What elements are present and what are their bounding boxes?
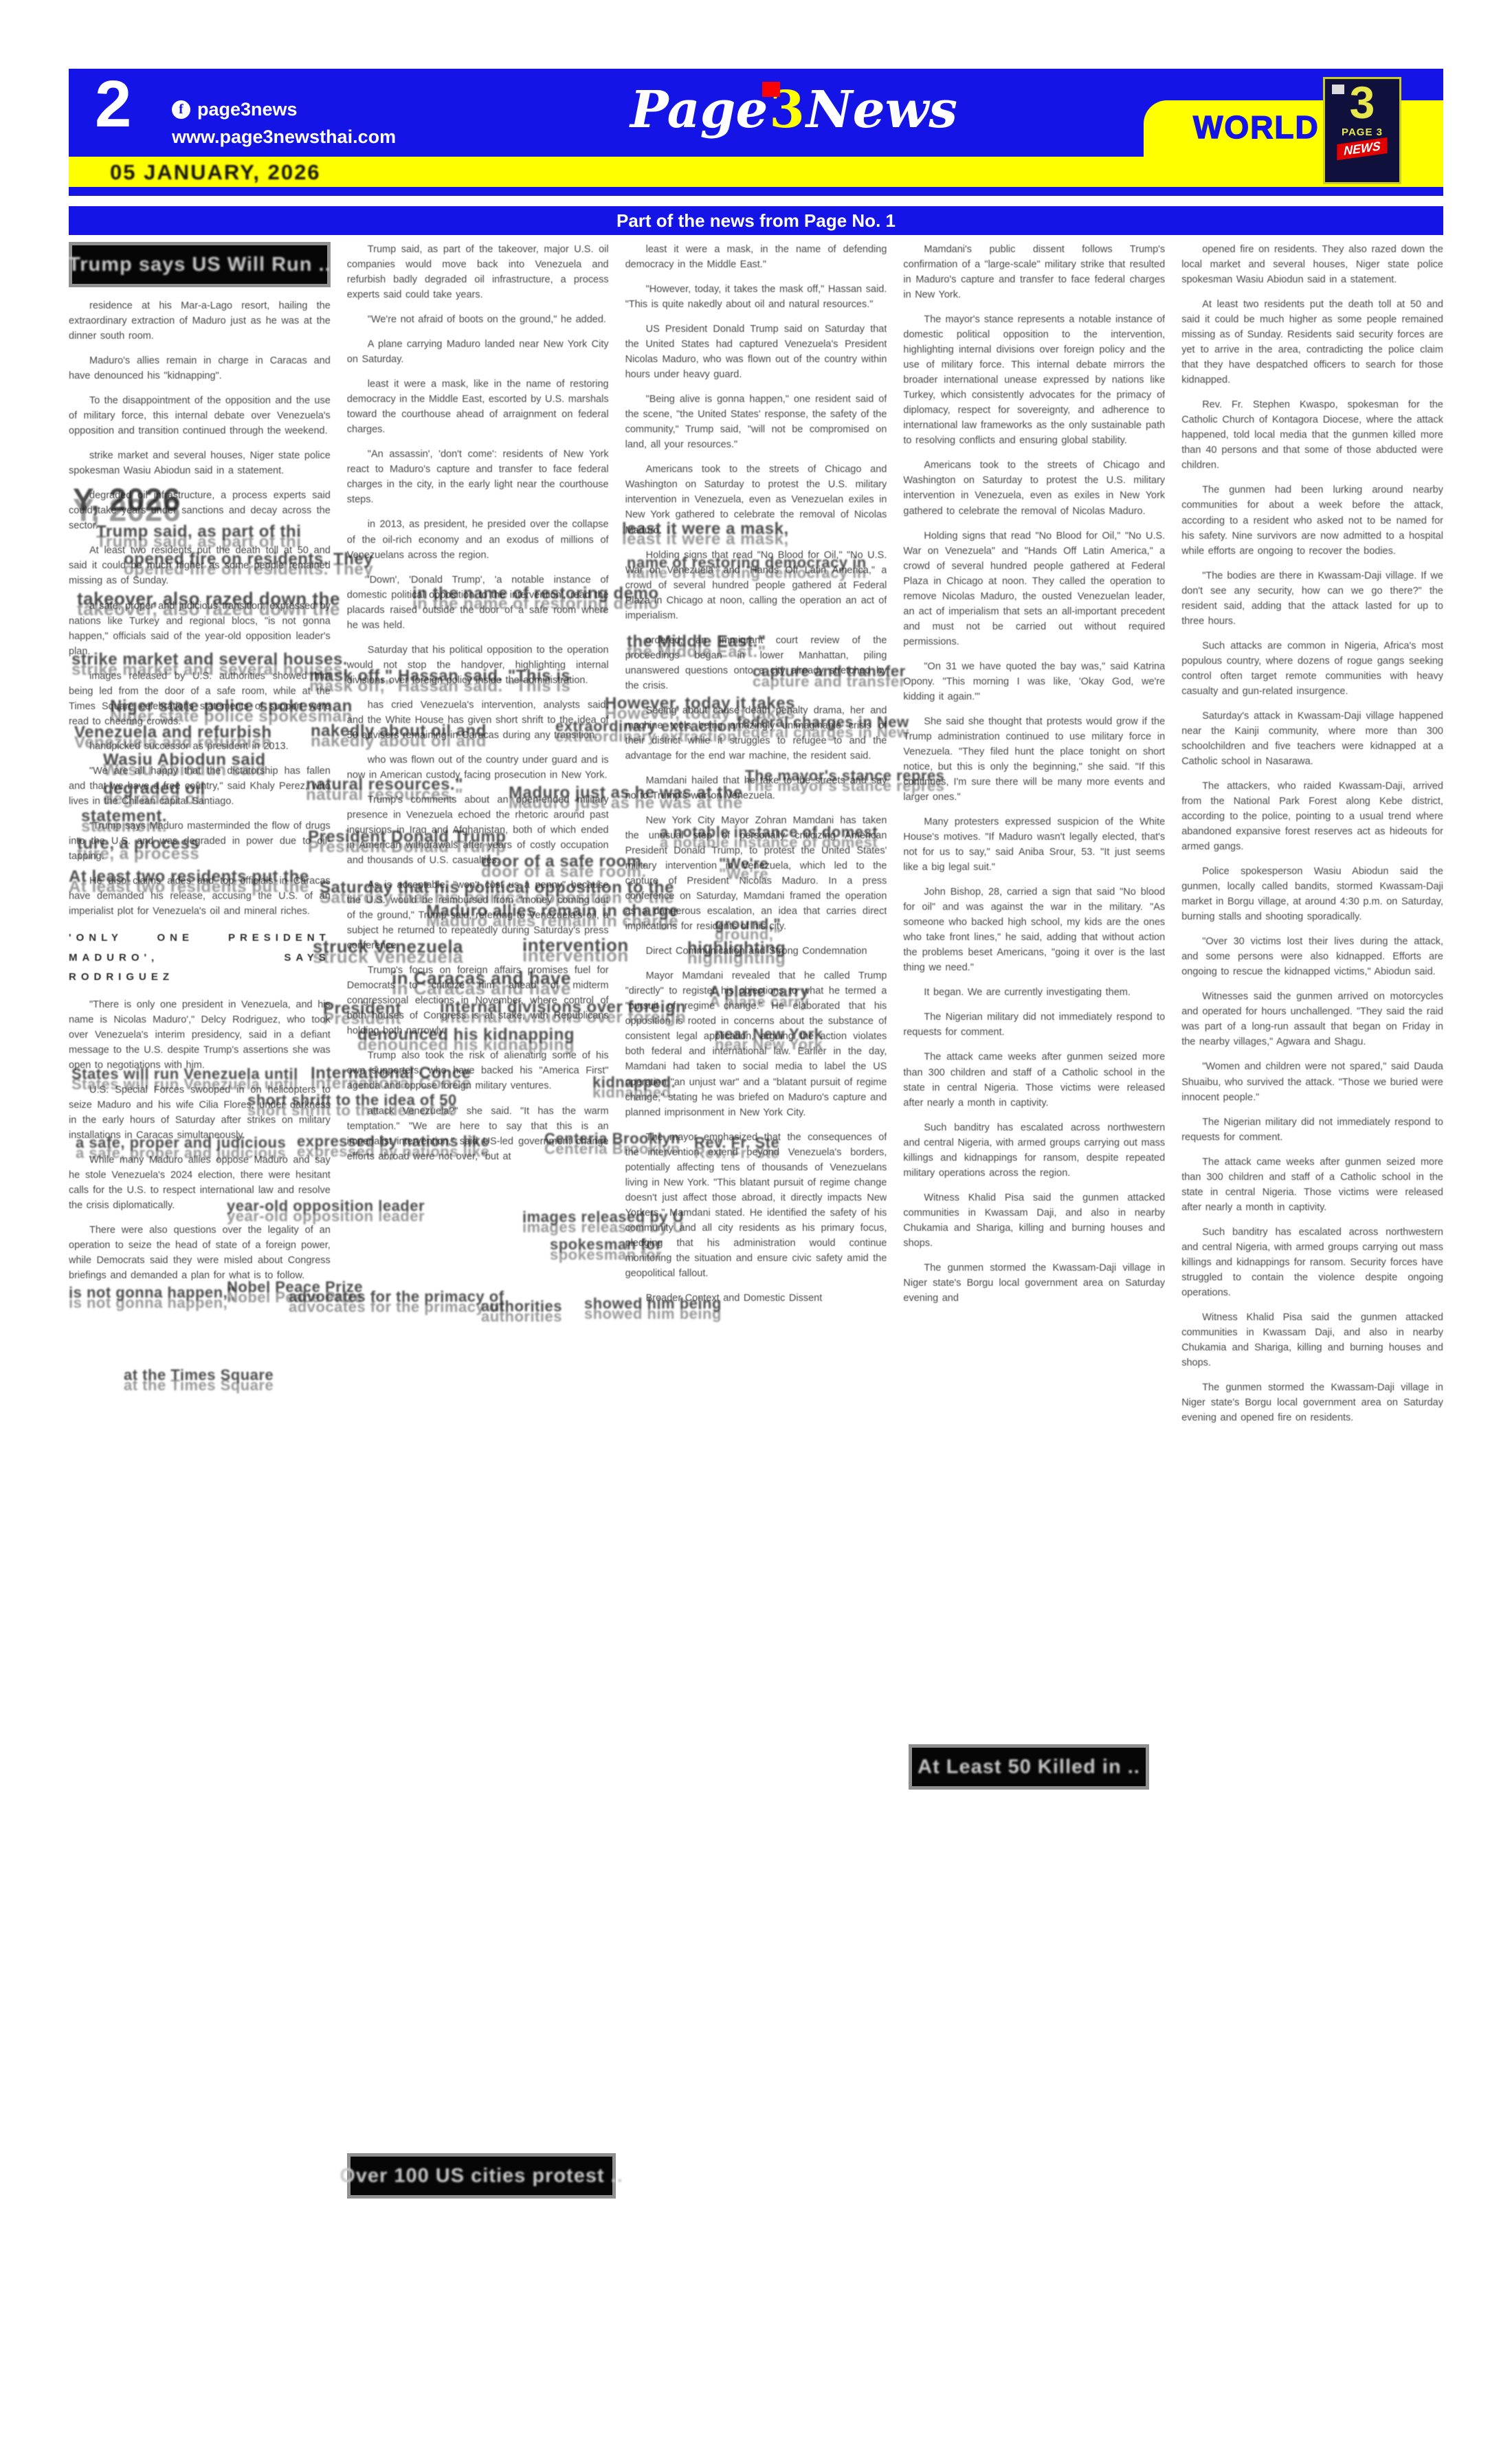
article-paragraph: Many protesters expressed suspicion of t… bbox=[903, 814, 1165, 875]
headline-box: Over 100 US cities protest .. bbox=[347, 2153, 616, 2199]
article-paragraph: Rev. Fr. Stephen Kwaspo, spokesman for t… bbox=[1181, 397, 1443, 473]
news-column-col4: Mamdani's public dissent follows Trump's… bbox=[903, 242, 1165, 2357]
article-columns: Trump says US Will Run ..residence at hi… bbox=[69, 242, 1443, 2357]
badge-page3-label: PAGE 3 bbox=[1342, 126, 1383, 138]
headline-box: At Least 50 Killed in .. bbox=[909, 1744, 1149, 1790]
badge-number: 3 bbox=[1350, 79, 1375, 126]
world-section-label: WORLD bbox=[1193, 109, 1320, 146]
article-paragraph: residence at his Mar-a-Lago resort, hail… bbox=[69, 298, 331, 344]
article-paragraph: "An assassin', 'don't come': residents o… bbox=[347, 447, 609, 507]
article-paragraph: US President Donald Trump said on Saturd… bbox=[625, 322, 887, 382]
logo-part-page: Page bbox=[630, 80, 768, 140]
article-paragraph: There were also questions over the legal… bbox=[69, 1223, 331, 1283]
article-paragraph: opened fire on residents. They also raze… bbox=[1181, 242, 1443, 287]
article-paragraph: Mamdani hailed that he take to the stree… bbox=[625, 773, 887, 803]
article-paragraph: "We are all happy that the dictatorship … bbox=[69, 764, 331, 809]
article-paragraph: has cried Venezuela's intervention, anal… bbox=[347, 698, 609, 743]
article-paragraph: Americans took to the streets of Chicago… bbox=[903, 458, 1165, 518]
article-paragraph: Direct Communication and Strong Condemna… bbox=[625, 944, 887, 959]
news-column-col3: least it were a mask, in the name of def… bbox=[625, 242, 887, 2357]
article-paragraph: 'Down', 'Donald Trump', 'a notable insta… bbox=[347, 572, 609, 633]
article-paragraph: Witnesses said the gunmen arrived on mot… bbox=[1181, 989, 1443, 1049]
headline-text: At Least 50 Killed in .. bbox=[918, 1756, 1140, 1779]
headline-text: Trump says US Will Run .. bbox=[69, 254, 331, 276]
article-paragraph: ordered, an immigrant court review of th… bbox=[625, 633, 887, 693]
article-paragraph: Police spokesperson Wasiu Abiodun said t… bbox=[1181, 864, 1443, 924]
article-paragraph: At least two residents put the death tol… bbox=[69, 543, 331, 588]
article-paragraph: attack Venezuela?" she said. "It has the… bbox=[347, 1104, 609, 1164]
article-paragraph: A plane carrying Maduro landed near New … bbox=[347, 337, 609, 367]
page-number: 2 bbox=[95, 71, 131, 137]
article-paragraph: Saturday that his political opposition t… bbox=[347, 643, 609, 688]
headline-box: Trump says US Will Run .. bbox=[69, 242, 331, 287]
news-column-col2: Trump said, as part of the takeover, maj… bbox=[347, 242, 609, 2357]
article-paragraph: The Nigerian military did not immediatel… bbox=[903, 1010, 1165, 1040]
article-paragraph: Mamdani's public dissent follows Trump's… bbox=[903, 242, 1165, 302]
article-paragraph: New York City Mayor Zohran Mamdani has t… bbox=[625, 813, 887, 934]
strapline-bar: Part of the news from Page No. 1 bbox=[69, 206, 1443, 235]
article-paragraph: Such attacks are common in Nigeria, Afri… bbox=[1181, 638, 1443, 699]
article-paragraph: John Bishop, 28, carried a sign that sai… bbox=[903, 884, 1165, 975]
article-paragraph: The mayor's stance represents a notable … bbox=[903, 312, 1165, 448]
badge-news-banner: NEWS bbox=[1337, 137, 1387, 161]
article-paragraph: The attack came weeks after gunmen seize… bbox=[1181, 1155, 1443, 1215]
masthead-bar: 2 f page3news www.page3newsthai.com Page… bbox=[69, 69, 1443, 157]
article-paragraph: Holding signs that read "No Blood for Oi… bbox=[625, 548, 887, 623]
article-paragraph: She said she thought that protests would… bbox=[903, 714, 1165, 805]
newspaper-page: 2 f page3news www.page3newsthai.com Page… bbox=[0, 0, 1512, 2448]
headline-text: Over 100 US cities protest .. bbox=[340, 2165, 623, 2188]
article-paragraph: "Trump says Maduro masterminded the flow… bbox=[69, 819, 331, 864]
article-paragraph: Maduro's allies remain in charge in Cara… bbox=[69, 353, 331, 383]
article-paragraph: The mayor emphasized that the consequenc… bbox=[625, 1130, 887, 1281]
article-paragraph: The gunmen stormed the Kwassam-Daji vill… bbox=[903, 1260, 1165, 1306]
article-paragraph: Seeing about cause death penalty drama, … bbox=[625, 703, 887, 764]
facebook-handle: page3news bbox=[197, 99, 298, 120]
article-paragraph: Trump's focus on foreign affairs promise… bbox=[347, 963, 609, 1038]
article-paragraph: Saturday's attack in Kwassam-Daji villag… bbox=[1181, 709, 1443, 769]
article-paragraph: in 2013, as president, he presided over … bbox=[347, 517, 609, 562]
article-paragraph: Trump's comments about an open-ended mil… bbox=[347, 792, 609, 868]
article-paragraph: The attack came weeks after gunmen seize… bbox=[903, 1049, 1165, 1110]
article-paragraph: degraded oil infrastructure, a process e… bbox=[69, 488, 331, 533]
article-paragraph: who was flown out of the country under g… bbox=[347, 753, 609, 783]
article-paragraph: U.S. Special Forces swooped in on helico… bbox=[69, 1082, 331, 1143]
article-paragraph: The gunmen had been lurking around nearb… bbox=[1181, 482, 1443, 558]
paper-logo: Page3News bbox=[598, 80, 990, 141]
article-paragraph: a safe, proper and judicious transition,… bbox=[69, 599, 331, 659]
article-paragraph: "However, today, it takes the mask off,"… bbox=[625, 282, 887, 312]
article-paragraph: It began. We are currently investigating… bbox=[903, 985, 1165, 1000]
article-paragraph: handpicked successor as president in 201… bbox=[69, 739, 331, 754]
logo-red-flag bbox=[762, 82, 780, 97]
article-paragraph: Mayor Mamdani revealed that he called Tr… bbox=[625, 968, 887, 1120]
strapline-text: Part of the news from Page No. 1 bbox=[616, 210, 896, 232]
article-paragraph: Witness Khalid Pisa said the gunmen atta… bbox=[1181, 1310, 1443, 1370]
website-url: www.page3newsthai.com bbox=[172, 126, 396, 148]
facebook-icon: f bbox=[172, 100, 190, 119]
article-paragraph: Holding signs that read "No Blood for Oi… bbox=[903, 528, 1165, 649]
article-paragraph: He also claims aides and top officials i… bbox=[69, 874, 331, 919]
article-paragraph: The gunmen stormed the Kwassam-Daji vill… bbox=[1181, 1380, 1443, 1425]
article-paragraph: While many Maduro allies oppose Maduro a… bbox=[69, 1153, 331, 1213]
article-paragraph: Such banditry has escalated across north… bbox=[903, 1120, 1165, 1181]
article-paragraph: "Being alive is gonna happen," one resid… bbox=[625, 392, 887, 452]
news-column-col1: Trump says US Will Run ..residence at hi… bbox=[69, 242, 331, 2357]
article-paragraph: The attackers, who raided Kwassam-Daji, … bbox=[1181, 779, 1443, 854]
article-paragraph: The Nigerian military did not immediatel… bbox=[1181, 1115, 1443, 1145]
article-paragraph: Witness Khalid Pisa said the gunmen atta… bbox=[903, 1190, 1165, 1251]
divider-strip bbox=[69, 187, 1443, 196]
article-paragraph: To the disappointment of the opposition … bbox=[69, 393, 331, 438]
date-bar: 05 JANUARY, 2026 bbox=[69, 157, 1443, 187]
article-paragraph: least it were a mask, like in the name o… bbox=[347, 377, 609, 437]
article-paragraph: Trump also took the risk of alienating s… bbox=[347, 1048, 609, 1093]
subhead-caps: 'ONLY ONE PRESIDENT MADURO', SAYS RODRIG… bbox=[69, 928, 331, 988]
article-paragraph: "Over 30 victims lost their lives during… bbox=[1181, 934, 1443, 979]
article-paragraph: Broader Context and Domestic Dissent bbox=[625, 1291, 887, 1306]
article-paragraph: "There is only one president in Venezuel… bbox=[69, 997, 331, 1073]
page3-news-badge: 3 PAGE 3 NEWS bbox=[1323, 77, 1401, 184]
article-paragraph: "We're not afraid of boots on the ground… bbox=[347, 312, 609, 327]
facebook-row: f page3news bbox=[172, 99, 298, 120]
article-paragraph: Americans took to the streets of Chicago… bbox=[625, 462, 887, 537]
logo-part-news: News bbox=[806, 80, 957, 140]
article-paragraph: Such banditry has escalated across north… bbox=[1181, 1225, 1443, 1300]
article-paragraph: At least two residents put the death tol… bbox=[1181, 297, 1443, 388]
news-column-col5: opened fire on residents. They also raze… bbox=[1181, 242, 1443, 2357]
article-paragraph: strike market and several houses, Niger … bbox=[69, 448, 331, 478]
article-paragraph: "Women and children were not spared," sa… bbox=[1181, 1059, 1443, 1104]
logo-part-3: 3 bbox=[768, 80, 806, 140]
badge-flag-mark bbox=[1332, 85, 1344, 94]
article-paragraph: "On 31 we have quoted the bay was," said… bbox=[903, 659, 1165, 704]
article-paragraph: "The bodies are there in Kwassam-Daji vi… bbox=[1181, 568, 1443, 629]
article-paragraph: Trump said, as part of the takeover, maj… bbox=[347, 242, 609, 302]
article-paragraph: images released by U.S. authorities show… bbox=[69, 669, 331, 729]
article-paragraph: As is acceptable, "won't cost us a penny… bbox=[347, 878, 609, 953]
issue-date: 05 JANUARY, 2026 bbox=[110, 160, 321, 185]
article-paragraph: least it were a mask, in the name of def… bbox=[625, 242, 887, 272]
